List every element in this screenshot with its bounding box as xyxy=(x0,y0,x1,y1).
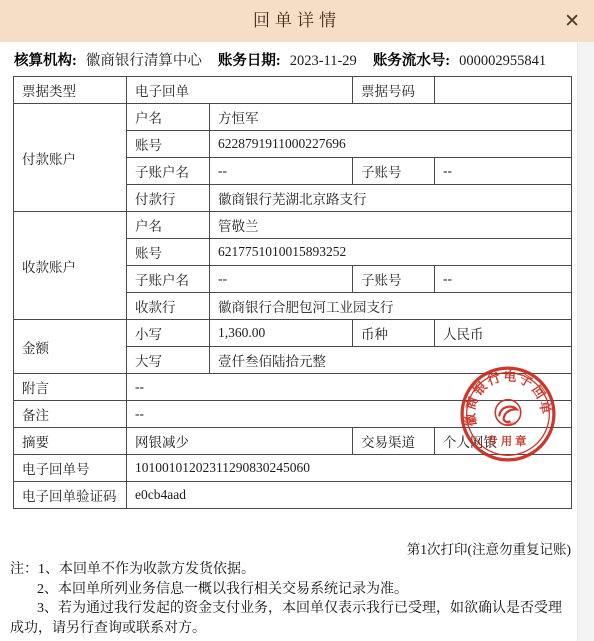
receipt-table: 票据类型 电子回单 票据号码 付款账户 户名 方恒军 账号 6228791911… xyxy=(13,76,572,509)
note-line: 注：1、本回单不作为收款方发货依据。 xyxy=(10,560,585,580)
accounting-date-label: 账务日期: xyxy=(218,53,281,69)
payee-account-value: 6217751010015893252 xyxy=(210,239,572,266)
channel-value: 个人网银 xyxy=(435,428,572,455)
dialog-titlebar: 回单详情 ✕ xyxy=(0,0,594,42)
bill-number-value xyxy=(435,77,572,104)
channel-label: 交易渠道 xyxy=(353,428,435,455)
postscript-value: -- xyxy=(127,374,572,401)
close-icon[interactable]: ✕ xyxy=(564,0,580,42)
accounting-date-value: 2023-11-29 xyxy=(290,53,357,69)
table-row: 付款账户 户名 方恒军 xyxy=(14,104,572,131)
payer-account-value: 6228791911000227696 xyxy=(210,131,572,158)
remark-label: 备注 xyxy=(14,401,127,428)
amount-upper-label: 大写 xyxy=(127,347,210,374)
table-row: 摘要 网银减少 交易渠道 个人网银 xyxy=(14,428,572,455)
payee-subname-label: 子账户名 xyxy=(127,266,210,293)
payee-subname-value: -- xyxy=(210,266,353,293)
summary-value: 网银减少 xyxy=(127,428,353,455)
bill-type-label: 票据类型 xyxy=(14,77,127,104)
payer-subaccount-value: -- xyxy=(435,158,572,185)
accounting-org-value: 徽商银行清算中心 xyxy=(86,53,202,69)
payer-name-value: 方恒军 xyxy=(210,104,572,131)
amount-upper-value: 壹仟叁佰陆拾元整 xyxy=(210,347,572,374)
bill-number-label: 票据号码 xyxy=(353,77,435,104)
payer-account-label: 账号 xyxy=(127,131,210,158)
dialog-title: 回单详情 xyxy=(0,0,594,42)
note-line: 成功，请另行查询或联系对方。 xyxy=(10,619,585,639)
serial-number-label: 账务流水号: xyxy=(373,53,450,69)
footer-notes: 注：1、本回单不作为收款方发货依据。 2、本回单所列业务信息一概以我行相关交易系… xyxy=(10,560,585,638)
summary-label: 摘要 xyxy=(14,428,127,455)
payee-bank-label: 收款行 xyxy=(127,293,210,320)
payer-bank-label: 付款行 xyxy=(127,185,210,212)
verify-code-value: e0cb4aad xyxy=(127,482,572,509)
table-row: 附言 -- xyxy=(14,374,572,401)
payee-subaccount-label: 子账号 xyxy=(353,266,435,293)
print-count-note: 第1次打印(注意勿重复记账) xyxy=(407,538,571,558)
table-row: 备注 -- xyxy=(14,401,572,428)
payee-name-value: 管敬兰 xyxy=(210,212,572,239)
table-row: 电子回单验证码 e0cb4aad xyxy=(14,482,572,509)
table-row: 收款账户 户名 管敬兰 xyxy=(14,212,572,239)
payer-group-label: 付款账户 xyxy=(14,104,127,212)
note-line: 3、若为通过我行发起的资金支付业务，本回单仅表示我行已受理，如欲确认是否受理 xyxy=(10,599,585,619)
postscript-label: 附言 xyxy=(14,374,127,401)
amount-lower-label: 小写 xyxy=(127,320,210,347)
payee-bank-value: 徽商银行合肥包河工业园支行 xyxy=(210,293,572,320)
payer-subaccount-label: 子账号 xyxy=(353,158,435,185)
accounting-org-label: 核算机构: xyxy=(14,53,77,69)
payer-subname-label: 子账户名 xyxy=(127,158,210,185)
currency-label: 币种 xyxy=(353,320,435,347)
amount-lower-value: 1,360.00 xyxy=(210,320,353,347)
table-row: 金额 小写 1,360.00 币种 人民币 xyxy=(14,320,572,347)
receipt-number-label: 电子回单号 xyxy=(14,455,127,482)
scrollbar-track[interactable] xyxy=(577,42,594,641)
table-row: 电子回单号 10100101202311290830245060 xyxy=(14,455,572,482)
bill-type-value: 电子回单 xyxy=(127,77,353,104)
payee-account-label: 账号 xyxy=(127,239,210,266)
table-row: 票据类型 电子回单 票据号码 xyxy=(14,77,572,104)
payee-group-label: 收款账户 xyxy=(14,212,127,320)
receipt-number-value: 10100101202311290830245060 xyxy=(127,455,572,482)
serial-number-value: 000002955841 xyxy=(459,53,546,69)
currency-value: 人民币 xyxy=(435,320,572,347)
payer-bank-value: 徽商银行芜湖北京路支行 xyxy=(210,185,572,212)
amount-group-label: 金额 xyxy=(14,320,127,374)
note-line: 2、本回单所列业务信息一概以我行相关交易系统记录为准。 xyxy=(10,580,585,600)
payer-subname-value: -- xyxy=(210,158,353,185)
remark-value: -- xyxy=(127,401,572,428)
payee-name-label: 户名 xyxy=(127,212,210,239)
payee-subaccount-value: -- xyxy=(435,266,572,293)
verify-code-label: 电子回单验证码 xyxy=(14,482,127,509)
payer-name-label: 户名 xyxy=(127,104,210,131)
accounting-info-bar: 核算机构:徽商银行清算中心账务日期:2023-11-29账务流水号:000002… xyxy=(14,49,574,70)
